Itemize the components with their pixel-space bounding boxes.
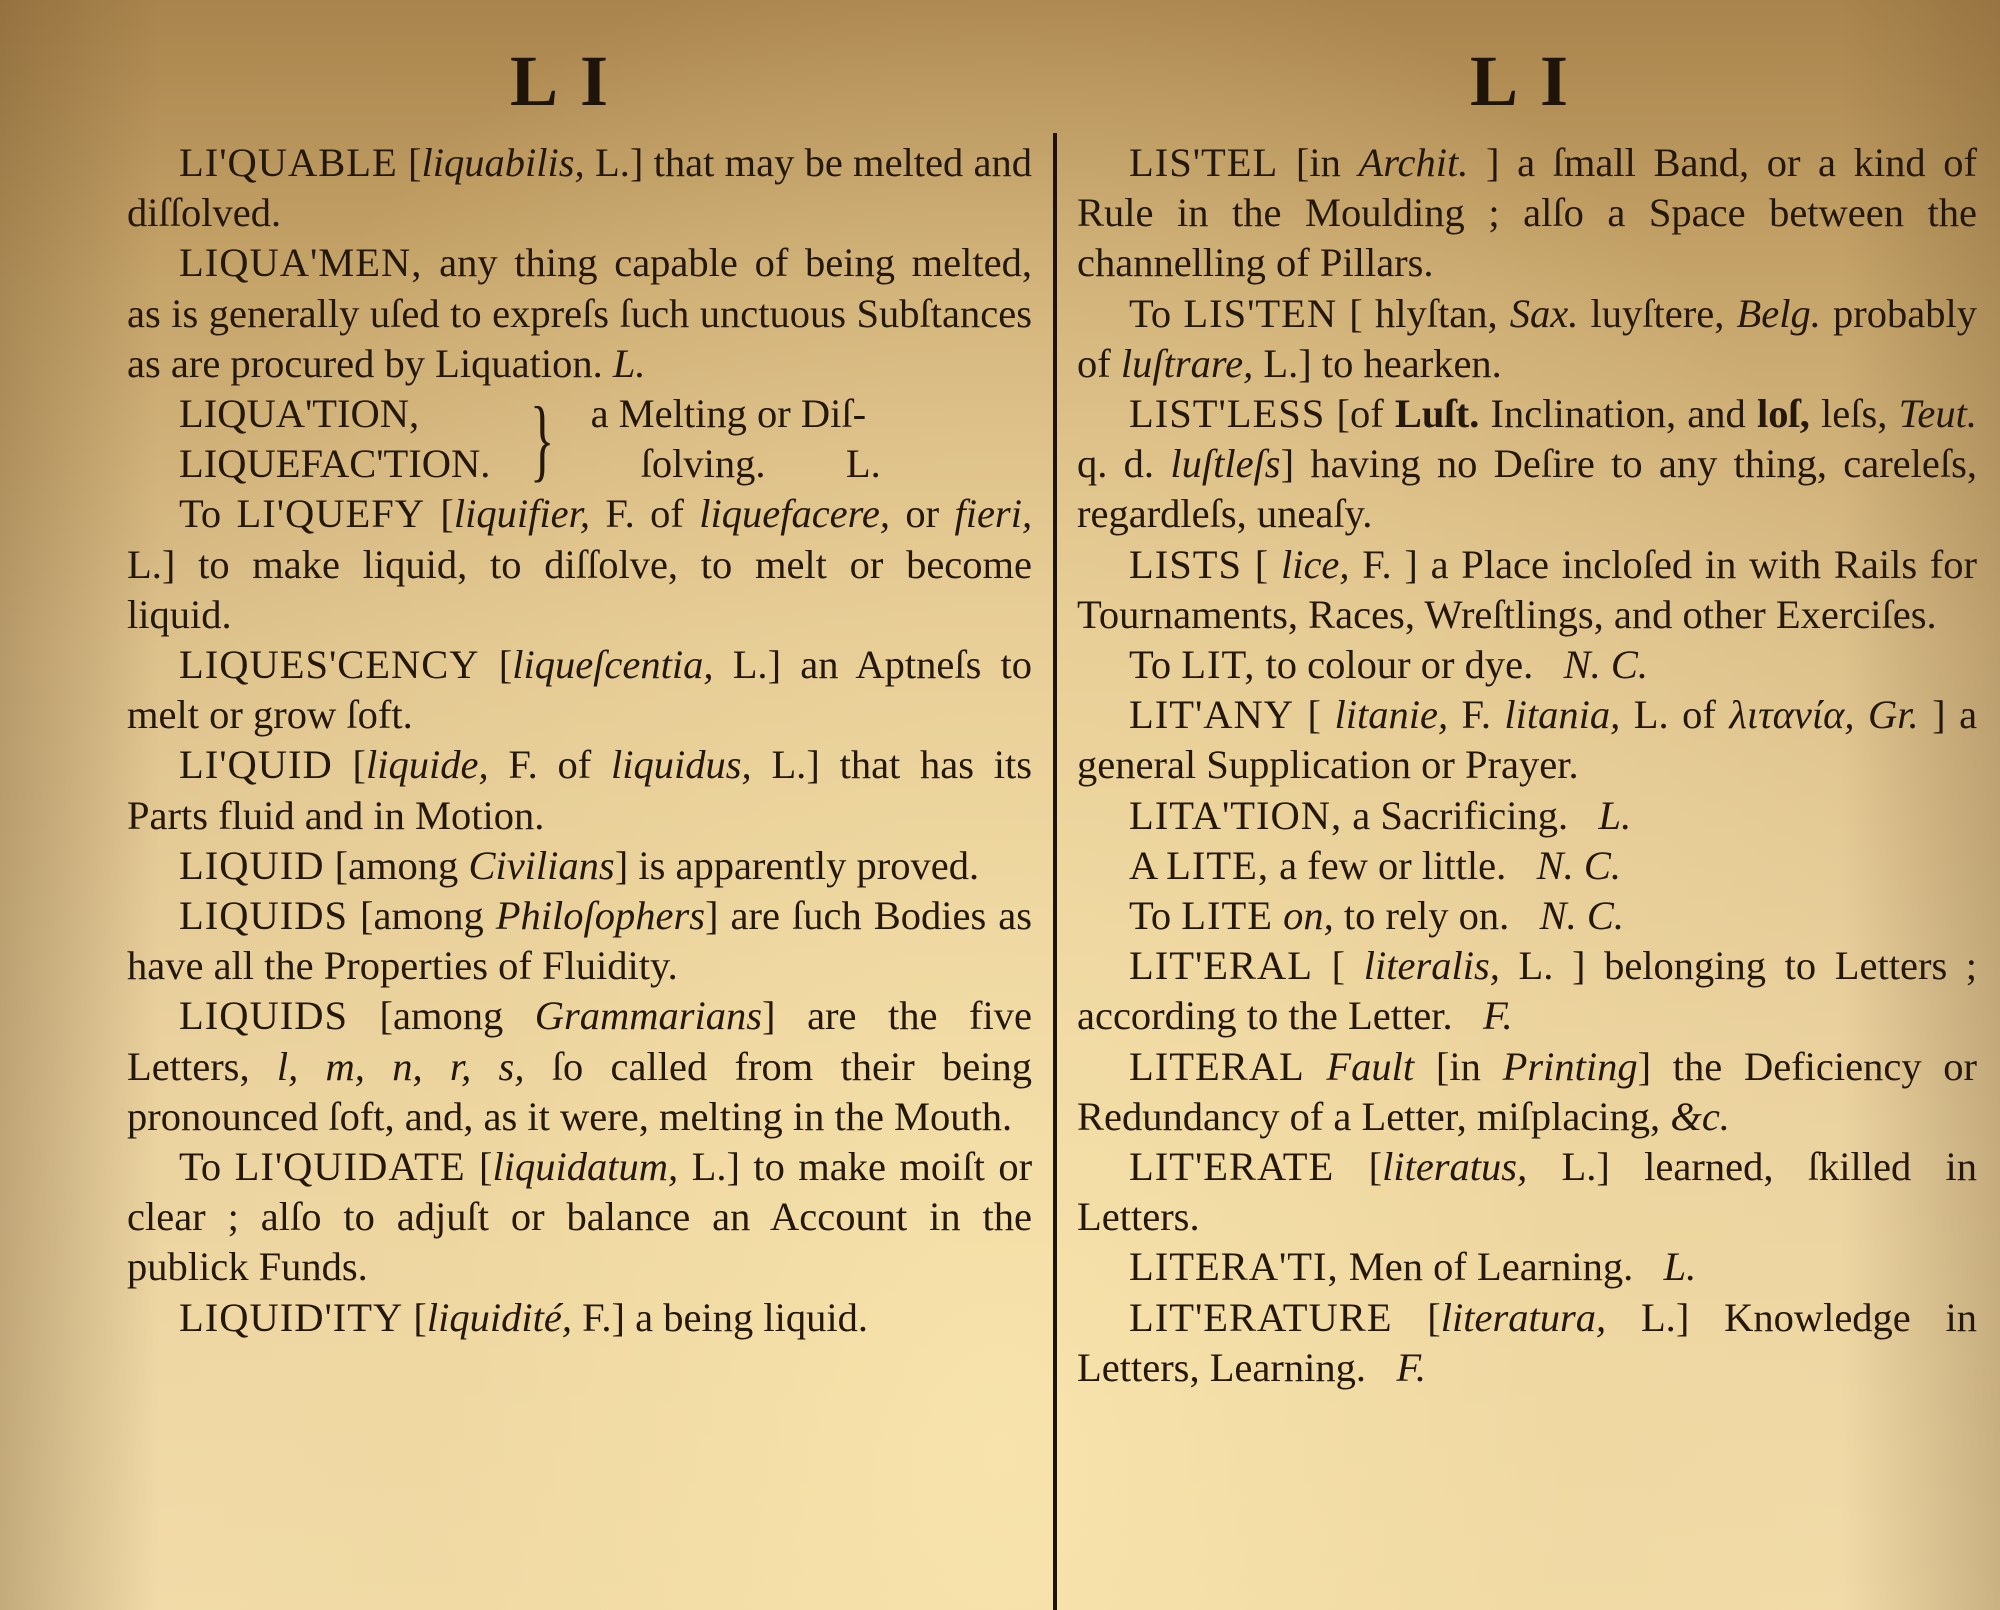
source-language: F. [1483,993,1513,1038]
etymology: liquidus, [611,742,752,787]
entry-listen: To LIS'TEN [ hlyſtan, Sax. luyſtere, Bel… [1077,289,1977,389]
entry-liquidate: To LI'QUIDATE [liquidatum, L.] to make m… [127,1142,1032,1293]
etymology: liquifier, [454,491,590,536]
prefix: To [179,491,221,536]
definition: to hearken. [1322,341,1502,386]
definition: is apparently proved. [638,843,979,888]
connector: q. d. [1077,441,1154,486]
bracket: [ [1349,291,1363,336]
bracket: ] [768,642,782,687]
headword: LIQUA'TION, [179,389,490,439]
blackletter-word: Luſt. [1395,391,1479,436]
headword: LISTS [1129,542,1242,587]
source-language: N. C. [1537,843,1621,888]
connector: of [1682,692,1716,737]
bracket: ] [806,742,820,787]
headword: LI'QUID [179,742,333,787]
entry-lit: To LIT, to colour or dye. N. C. [1077,640,1977,690]
headword: LIQUID [179,843,324,888]
etymology: Philoſophers [496,893,705,938]
column-divider-rule [1053,133,1057,1610]
headword-particle: on, [1283,893,1334,938]
etymology: luſtrare, [1121,341,1253,386]
bracket: ] [162,542,176,587]
bracket: [ [1369,1144,1383,1189]
bracket: ] [612,1295,626,1340]
headword: LI'QUEFY [237,491,426,536]
definition: a few or little. [1279,843,1506,888]
etymology: liquidatum, [493,1144,679,1189]
etymology-belgic: luyſtere, [1591,291,1725,336]
entry-liquamen: LIQUA'MEN, any thing capable of being me… [127,238,1032,389]
blackletter-word: loſ, [1757,391,1810,436]
braced-definition: a Melting or Diſ- ſolving. L. [591,389,881,489]
entry-lists: LISTS [ lice, F. ] a Place incloſed in w… [1077,540,1977,640]
headword: LIS'TEL [1129,140,1278,185]
etymology: litanie, [1334,692,1448,737]
source-language: L. [796,441,881,486]
bracket: ] [1638,1044,1652,1089]
definition: to rely on. [1344,893,1509,938]
definition: Men of Learning. [1349,1244,1634,1289]
etymology-language: L. [692,1144,727,1189]
headword: LITA'TION, [1129,793,1342,838]
etcetera: &c. [1670,1094,1730,1139]
bracket: ] [615,843,629,888]
source-language: N. C. [1540,893,1624,938]
etymology-language: L. [1518,943,1553,988]
source-language: N. C. [1564,642,1648,687]
entry-listel: LIS'TEL [in Archit. ] a ſmall Band, or a… [1077,138,1977,289]
headword: LIST'LESS [1129,391,1325,436]
braced-headwords: LIQUA'TION, LIQUEFAC'TION. [179,389,490,489]
headword: LIQUEFAC'TION. [179,439,490,489]
prefix: To [179,1144,221,1189]
etymology: literatura, [1441,1295,1606,1340]
bracket: ] [1572,943,1586,988]
entry-listless: LIST'LESS [of Luſt. Inclination, and loſ… [1077,389,1977,540]
headword: LITERAL [1129,1044,1305,1089]
etymology: luſtleſs [1170,441,1280,486]
entry-liquable: LI'QUABLE [liquabilis, L.] that may be m… [127,138,1032,238]
etymology: fieri, [954,491,1032,536]
headword: LIT'ERATE [1129,1144,1334,1189]
etymology-language: Teut. [1899,391,1977,436]
bracket: [ [408,140,422,185]
etymology-language: L. [733,642,768,687]
bracket: ] [1281,441,1295,486]
definition: a Melting or Diſ- [591,389,881,439]
prefix: A [1129,843,1156,888]
bracket: [ [1307,692,1321,737]
headword: LI'QUIDATE [235,1144,466,1189]
headword: LITE [1181,893,1273,938]
etymology-language: F. [582,1295,611,1340]
headword: LIT, [1181,642,1255,687]
entry-literal: LIT'ERAL [ literalis, L. ] belonging to … [1077,941,1977,1041]
bracket: [ [1427,1295,1441,1340]
etymology-language: L. [771,742,806,787]
etymology: liquefacere, [699,491,890,536]
bracket: [of [1337,391,1384,436]
bracket: ] [705,893,719,938]
etymology-language: F. [605,491,634,536]
etymology: lice, [1281,542,1350,587]
entry-liquids-philosophers: LIQUIDS [among Philoſophers] are ſuch Bo… [127,891,1032,991]
definition: to colour or dye. [1266,642,1534,687]
source-language: F. [1396,1345,1426,1390]
etymology-language: L. [1562,1144,1597,1189]
bracket: ] [1932,692,1946,737]
entry-litany: LIT'ANY [ litanie, F. litania, L. of λιτ… [1077,690,1977,790]
etymology-saxon: hlyſtan, [1375,291,1498,336]
etymology-language: Sax. [1510,291,1579,336]
running-head-left: LI [510,40,630,123]
entry-liquids-grammarians: LIQUIDS [among Grammarians] are the five… [127,991,1032,1142]
etymology: liquide, [366,742,489,787]
etymology-language: F. [1362,542,1391,587]
bracket: [among [380,993,504,1038]
etymology-language: L. [595,140,630,185]
entry-to-lite-on: To LITE on, to rely on. N. C. [1077,891,1977,941]
source-language: L. [1664,1244,1697,1289]
bracket: [ [353,742,367,787]
letter-list: l, m, n, r, s, [277,1044,525,1089]
etymology-language: L. [1634,692,1669,737]
connector: of [558,742,592,787]
headword: LIT'ANY [1129,692,1294,737]
running-head-right: LI [1470,40,1590,123]
headword: LIT'ERATURE [1129,1295,1393,1340]
bracket: [among [360,893,484,938]
entry-liquation-liquefaction: LIQUA'TION, LIQUEFAC'TION. } a Melting o… [179,389,1032,489]
headword-qualifier: Fault [1326,1044,1414,1089]
headword: LIQUID'ITY [179,1295,403,1340]
bracket: ] [762,993,776,1038]
etymology-greek: λιτανία, [1729,692,1854,737]
prefix: To [1129,291,1171,336]
bracket: [ [1255,542,1269,587]
entry-liquefy: To LI'QUEFY [liquifier, F. of liquefacer… [127,489,1032,640]
headword: LIQUIDS [179,993,348,1038]
etymology: Grammarians [535,993,762,1038]
headword: LIT'ERAL [1129,943,1313,988]
entry-liquidity: LIQUID'ITY [liquidité, F.] a being liqui… [127,1293,1032,1343]
connector: or [905,491,939,536]
definition: a Sacrificing. [1352,793,1568,838]
bracket: ] [1298,341,1312,386]
bracket: ] [726,1144,740,1189]
definition: to make liquid, to diſſolve, to melt or … [127,542,1032,637]
bracket: ] [1404,542,1418,587]
headword: LIS'TEN [1183,291,1337,336]
left-column: LI'QUABLE [liquabilis, L.] that may be m… [127,138,1032,1343]
headword: LI'QUABLE [179,140,398,185]
entry-literal-fault: LITERAL Fault [in Printing] the Deficien… [1077,1042,1977,1142]
etymology-language: L. [1263,341,1298,386]
etymology: literalis, [1364,943,1500,988]
etymology-language: L. [1641,1295,1676,1340]
entry-litation: LITA'TION, a Sacrificing. L. [1077,791,1977,841]
entry-liquescency: LIQUES'CENCY [liqueſcentia, L.] an Aptne… [127,640,1032,740]
entry-literati: LITERA'TI, Men of Learning. L. [1077,1242,1977,1292]
entry-liquid-civilians: LIQUID [among Civilians] is apparently p… [127,841,1032,891]
bracket: [ [413,1295,427,1340]
headword: LIQUES'CENCY [179,642,480,687]
etymology: literatus, [1382,1144,1527,1189]
etymology: Archit. [1358,140,1468,185]
etymology: liquabilis, [422,140,585,185]
etymology-language: Belg. [1737,291,1821,336]
bracket: ] [1486,140,1500,185]
etymology-gloss: Inclination, and [1491,391,1746,436]
entry-a-lite: A LITE, a few or little. N. C. [1077,841,1977,891]
bracket: ] [1676,1295,1690,1340]
entry-literature: LIT'ERATURE [literatura, L.] Knowledge i… [1077,1293,1977,1393]
prefix: To [1129,893,1171,938]
etymology-language: Gr. [1868,692,1919,737]
etymology-gloss: leſs, [1821,391,1887,436]
right-column: LIS'TEL [in Archit. ] a ſmall Band, or a… [1077,138,1977,1393]
entry-literate: LIT'ERATE [literatus, L.] learned, ſkill… [1077,1142,1977,1242]
definition: ſo called from their being pronounced ſo… [127,1044,1032,1139]
connector: of [650,491,684,536]
headword: LIQUIDS [179,893,348,938]
definition: a being liquid. [635,1295,868,1340]
bracket: [in [1296,140,1341,185]
entry-liquid: LI'QUID [liquide, F. of liquidus, L.] th… [127,740,1032,840]
curly-brace-icon: } [530,394,554,484]
etymology: Civilians [468,843,614,888]
definition: ſolving. [641,441,766,486]
bracket: [ [499,642,513,687]
prefix: To [1129,642,1171,687]
bracket: [in [1436,1044,1481,1089]
headword: LITERA'TI, [1129,1244,1339,1289]
etymology-language: F. [1462,692,1491,737]
source-language: L. [1599,793,1632,838]
etymology: liqueſcentia, [512,642,713,687]
bracket: ] [1596,1144,1610,1189]
bracket: [ [440,491,454,536]
headword: LIQUA'MEN, [179,240,422,285]
etymology-language: F. [508,742,537,787]
bracket: [ [479,1144,493,1189]
bracket: [ [1332,943,1346,988]
bracket: [among [335,843,459,888]
source-language: L. [613,341,646,386]
etymology: Printing [1503,1044,1638,1089]
etymology-language: L. [127,542,162,587]
headword: LITE, [1166,843,1269,888]
etymology: litania, [1504,692,1620,737]
etymology: liquidité, [427,1295,572,1340]
bracket: ] [630,140,644,185]
